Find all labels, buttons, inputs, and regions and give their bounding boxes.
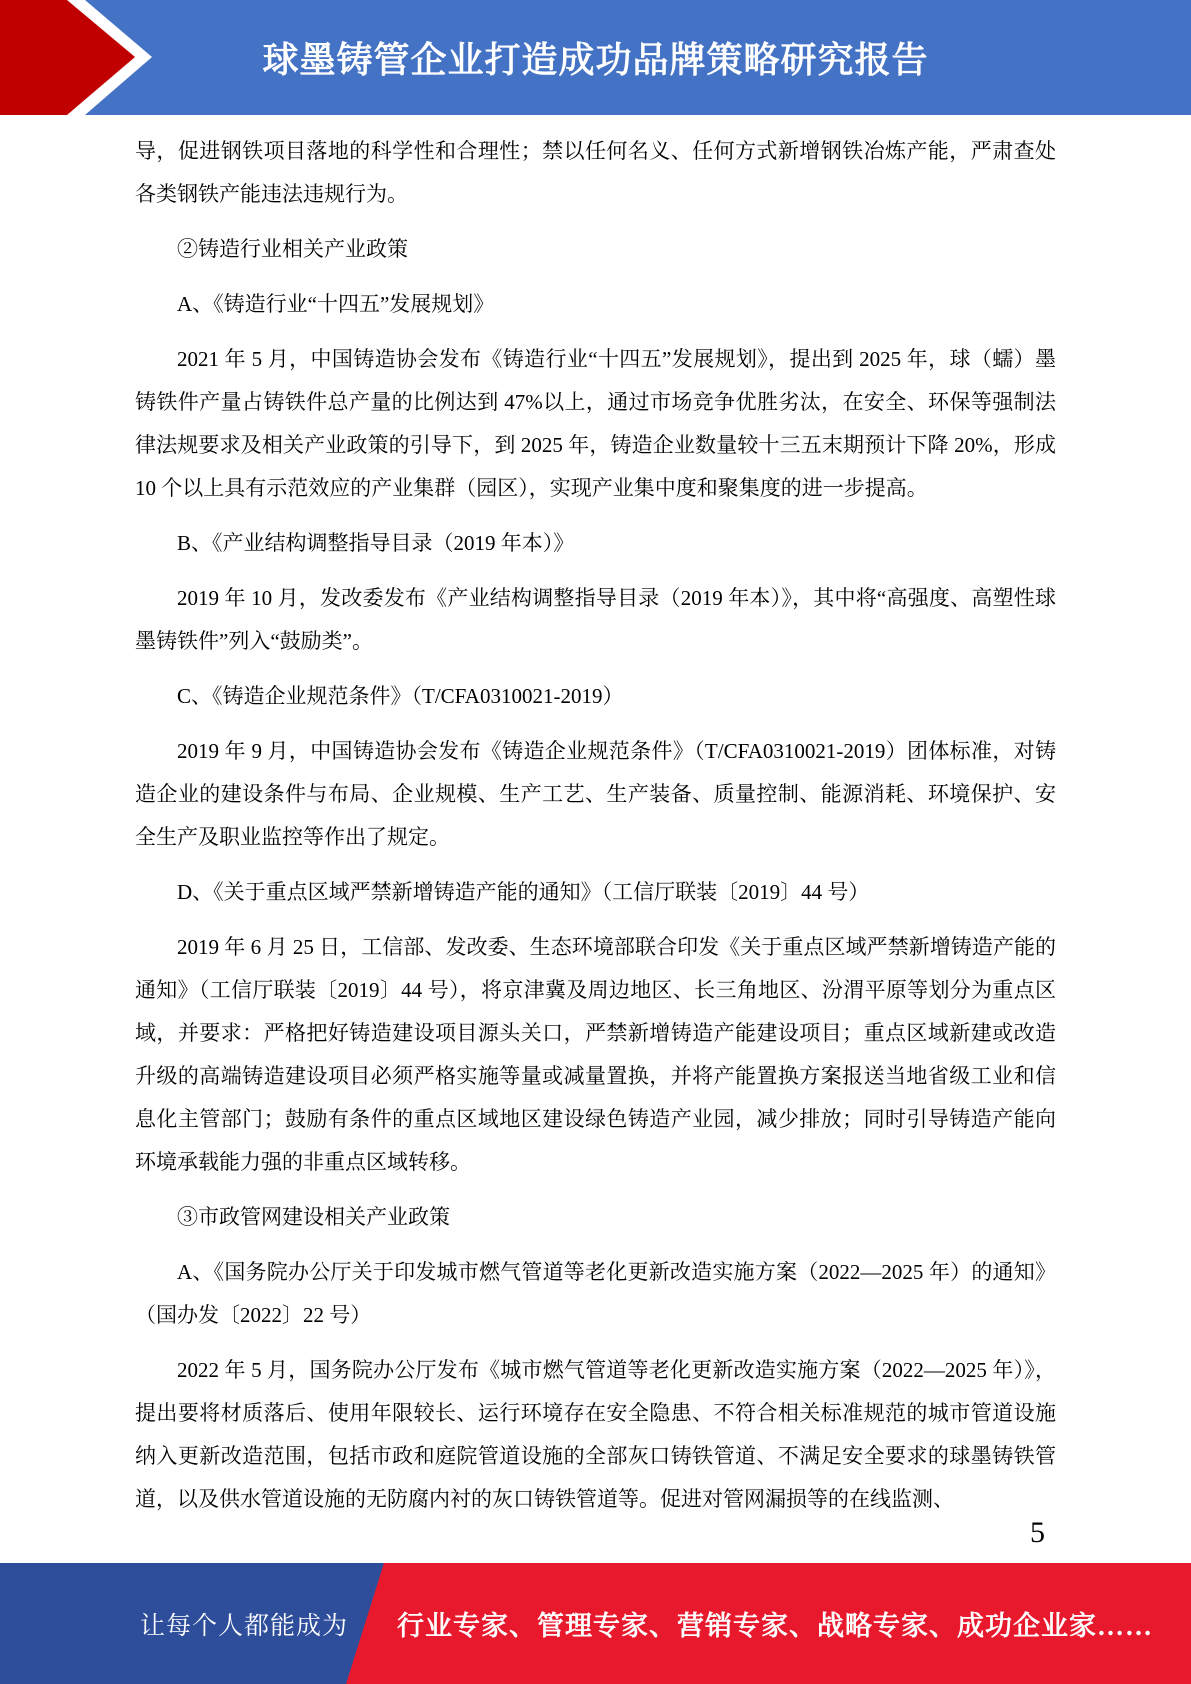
page-footer: 让每个人都能成为 行业专家、管理专家、营销专家、战略专家、成功企业家……: [0, 1563, 1191, 1684]
page-header: 球墨铸管企业打造成功品牌策略研究报告: [0, 0, 1191, 115]
document-body: 导，促进钢铁项目落地的科学性和合理性；禁以任何名义、任何方式新增钢铁冶炼产能，严…: [0, 115, 1191, 1533]
footer-slogan-right: 行业专家、管理专家、营销专家、战略专家、成功企业家……: [397, 1563, 1153, 1684]
body-heading: C、《铸造企业规范条件》（T/CFA0310021-2019）: [135, 675, 1056, 718]
body-heading: A、《铸造行业“十四五”发展规划》: [135, 283, 1056, 326]
body-paragraph: 2022 年 5 月，国务院办公厅发布《城市燃气管道等老化更新改造实施方案（20…: [135, 1349, 1056, 1521]
body-heading: A、《国务院办公厅关于印发城市燃气管道等老化更新改造实施方案（2022—2025…: [135, 1251, 1056, 1337]
body-heading: B、《产业结构调整指导目录（2019 年本）》: [135, 522, 1056, 565]
body-paragraph: 2019 年 9 月，中国铸造协会发布《铸造企业规范条件》（T/CFA03100…: [135, 730, 1056, 859]
footer-slogan-left: 让每个人都能成为: [140, 1563, 348, 1684]
body-heading: ②铸造行业相关产业政策: [135, 228, 1056, 271]
body-paragraph: 2019 年 6 月 25 日，工信部、发改委、生态环境部联合印发《关于重点区域…: [135, 926, 1056, 1184]
page-number: 5: [1030, 1516, 1045, 1550]
report-page: 球墨铸管企业打造成功品牌策略研究报告 导，促进钢铁项目落地的科学性和合理性；禁以…: [0, 0, 1191, 1684]
body-heading: ③市政管网建设相关产业政策: [135, 1196, 1056, 1239]
body-paragraph: 2019 年 10 月，发改委发布《产业结构调整指导目录（2019 年本）》，其…: [135, 577, 1056, 663]
report-title: 球墨铸管企业打造成功品牌策略研究报告: [262, 32, 928, 83]
body-paragraph: 2021 年 5 月，中国铸造协会发布《铸造行业“十四五”发展规划》，提出到 2…: [135, 338, 1056, 510]
body-heading: D、《关于重点区域严禁新增铸造产能的通知》（工信厅联装〔2019〕44 号）: [135, 871, 1056, 914]
body-paragraph: 导，促进钢铁项目落地的科学性和合理性；禁以任何名义、任何方式新增钢铁冶炼产能，严…: [135, 130, 1056, 216]
header-arrow-decoration: [0, 0, 170, 115]
